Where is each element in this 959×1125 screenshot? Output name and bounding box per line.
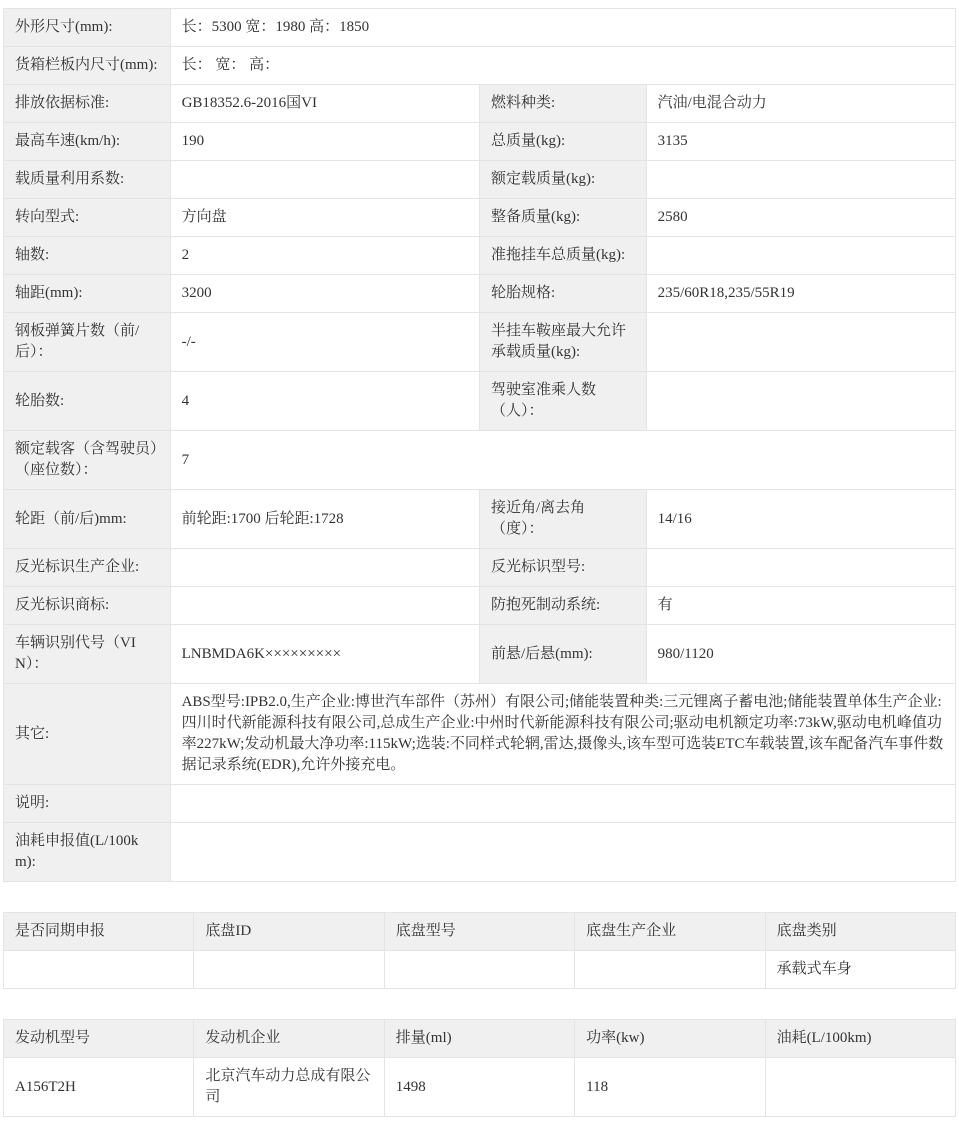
field-value xyxy=(170,161,479,199)
field-value: 汽油/电混合动力 xyxy=(646,85,955,123)
column-header: 功率(kw) xyxy=(575,1020,765,1058)
field-label: 额定载客（含驾驶员）（座位数）： xyxy=(4,431,171,490)
field-value: 前轮距:1700 后轮距:1728 xyxy=(170,490,479,549)
field-value: 长：5300 宽：1980 高：1850 xyxy=(170,9,955,47)
field-value xyxy=(170,549,479,587)
field-label: 车辆识别代号（VIN）： xyxy=(4,625,171,684)
field-label: 额定载质量(kg): xyxy=(479,161,646,199)
field-label: 轴数: xyxy=(4,237,171,275)
column-header: 油耗(L/100km) xyxy=(765,1020,955,1058)
field-label: 其它: xyxy=(4,684,171,785)
cell-value xyxy=(575,951,765,989)
field-value: ABS型号:IPB2.0,生产企业:博世汽车部件（苏州）有限公司;储能装置种类:… xyxy=(170,684,955,785)
column-header: 底盘ID xyxy=(194,913,384,951)
field-label: 货箱栏板内尺寸(mm): xyxy=(4,47,171,85)
field-label: 外形尺寸(mm): xyxy=(4,9,171,47)
cell-value: 1498 xyxy=(384,1058,574,1117)
cell-value: 118 xyxy=(575,1058,765,1117)
cell-value xyxy=(194,951,384,989)
vehicle-spec-table: 外形尺寸(mm): 长：5300 宽：1980 高：1850 货箱栏板内尺寸(m… xyxy=(3,8,956,882)
cell-value: 承载式车身 xyxy=(765,951,955,989)
field-label: 转向型式: xyxy=(4,199,171,237)
table-row: A156T2H 北京汽车动力总成有限公司 1498 118 xyxy=(4,1058,956,1117)
table-row: 钢板弹簧片数（前/后）： -/- 半挂车鞍座最大允许承载质量(kg): xyxy=(4,313,956,372)
field-value: 2580 xyxy=(646,199,955,237)
table-row: 轴数: 2 准拖挂车总质量(kg): xyxy=(4,237,956,275)
column-header: 发动机企业 xyxy=(194,1020,384,1058)
column-header: 排量(ml) xyxy=(384,1020,574,1058)
field-value: 7 xyxy=(170,431,955,490)
table-row: 其它: ABS型号:IPB2.0,生产企业:博世汽车部件（苏州）有限公司;储能装… xyxy=(4,684,956,785)
table-header-row: 发动机型号 发动机企业 排量(ml) 功率(kw) 油耗(L/100km) xyxy=(4,1020,956,1058)
field-value: 3200 xyxy=(170,275,479,313)
field-label: 整备质量(kg): xyxy=(479,199,646,237)
field-label: 排放依据标准: xyxy=(4,85,171,123)
field-value: 长： 宽： 高： xyxy=(170,47,955,85)
field-label: 轴距(mm): xyxy=(4,275,171,313)
field-value: 980/1120 xyxy=(646,625,955,684)
table-row: 排放依据标准: GB18352.6-2016国VI 燃料种类: 汽油/电混合动力 xyxy=(4,85,956,123)
field-label: 驾驶室准乘人数（人）： xyxy=(479,372,646,431)
table-header-row: 是否同期申报 底盘ID 底盘型号 底盘生产企业 底盘类别 xyxy=(4,913,956,951)
field-label: 半挂车鞍座最大允许承载质量(kg): xyxy=(479,313,646,372)
field-value: GB18352.6-2016国VI xyxy=(170,85,479,123)
field-value xyxy=(646,161,955,199)
field-label: 最高车速(km/h): xyxy=(4,123,171,161)
field-label: 载质量利用系数: xyxy=(4,161,171,199)
field-label: 准拖挂车总质量(kg): xyxy=(479,237,646,275)
table-row: 油耗申报值(L/100km): xyxy=(4,823,956,882)
column-header: 底盘类别 xyxy=(765,913,955,951)
column-header: 是否同期申报 xyxy=(4,913,194,951)
field-value: 14/16 xyxy=(646,490,955,549)
column-header: 底盘生产企业 xyxy=(575,913,765,951)
field-value: 2 xyxy=(170,237,479,275)
field-value: 4 xyxy=(170,372,479,431)
field-label: 反光标识生产企业: xyxy=(4,549,171,587)
cell-value xyxy=(765,1058,955,1117)
field-value: 190 xyxy=(170,123,479,161)
field-label: 防抱死制动系统: xyxy=(479,587,646,625)
engine-table: 发动机型号 发动机企业 排量(ml) 功率(kw) 油耗(L/100km) A1… xyxy=(3,1019,956,1117)
table-row: 说明: xyxy=(4,785,956,823)
column-header: 底盘型号 xyxy=(384,913,574,951)
field-value xyxy=(646,372,955,431)
table-row: 载质量利用系数: 额定载质量(kg): xyxy=(4,161,956,199)
field-value xyxy=(646,549,955,587)
vehicle-announcement-page: 外形尺寸(mm): 长：5300 宽：1980 高：1850 货箱栏板内尺寸(m… xyxy=(0,0,959,1125)
field-label: 反光标识商标: xyxy=(4,587,171,625)
field-value xyxy=(646,237,955,275)
cell-value: 北京汽车动力总成有限公司 xyxy=(194,1058,384,1117)
field-value: 3135 xyxy=(646,123,955,161)
field-label: 轮距（前/后)mm: xyxy=(4,490,171,549)
field-label: 接近角/离去角（度）： xyxy=(479,490,646,549)
field-value xyxy=(170,587,479,625)
cell-value: A156T2H xyxy=(4,1058,194,1117)
field-label: 轮胎数: xyxy=(4,372,171,431)
table-row: 承载式车身 xyxy=(4,951,956,989)
field-label: 燃料种类: xyxy=(479,85,646,123)
table-row: 外形尺寸(mm): 长：5300 宽：1980 高：1850 xyxy=(4,9,956,47)
field-label: 反光标识型号: xyxy=(479,549,646,587)
field-label: 钢板弹簧片数（前/后）： xyxy=(4,313,171,372)
table-row: 轮距（前/后)mm: 前轮距:1700 后轮距:1728 接近角/离去角（度）：… xyxy=(4,490,956,549)
table-row: 额定载客（含驾驶员）（座位数）： 7 xyxy=(4,431,956,490)
table-row: 货箱栏板内尺寸(mm): 长： 宽： 高： xyxy=(4,47,956,85)
table-row: 轮胎数: 4 驾驶室准乘人数（人）： xyxy=(4,372,956,431)
field-label: 轮胎规格: xyxy=(479,275,646,313)
cell-value xyxy=(384,951,574,989)
table-row: 转向型式: 方向盘 整备质量(kg): 2580 xyxy=(4,199,956,237)
field-value: 方向盘 xyxy=(170,199,479,237)
table-row: 反光标识生产企业: 反光标识型号: xyxy=(4,549,956,587)
field-value xyxy=(170,823,955,882)
field-label: 前悬/后悬(mm): xyxy=(479,625,646,684)
table-row: 反光标识商标: 防抱死制动系统: 有 xyxy=(4,587,956,625)
field-value: 有 xyxy=(646,587,955,625)
chassis-table: 是否同期申报 底盘ID 底盘型号 底盘生产企业 底盘类别 承载式车身 xyxy=(3,912,956,989)
cell-value xyxy=(4,951,194,989)
field-value xyxy=(170,785,955,823)
field-label: 说明: xyxy=(4,785,171,823)
table-row: 最高车速(km/h): 190 总质量(kg): 3135 xyxy=(4,123,956,161)
column-header: 发动机型号 xyxy=(4,1020,194,1058)
table-row: 轴距(mm): 3200 轮胎规格: 235/60R18,235/55R19 xyxy=(4,275,956,313)
field-value: -/- xyxy=(170,313,479,372)
field-value: 235/60R18,235/55R19 xyxy=(646,275,955,313)
field-label: 油耗申报值(L/100km): xyxy=(4,823,171,882)
field-value: LNBMDA6K××××××××× xyxy=(170,625,479,684)
field-value xyxy=(646,313,955,372)
field-label: 总质量(kg): xyxy=(479,123,646,161)
table-row: 车辆识别代号（VIN）： LNBMDA6K××××××××× 前悬/后悬(mm)… xyxy=(4,625,956,684)
